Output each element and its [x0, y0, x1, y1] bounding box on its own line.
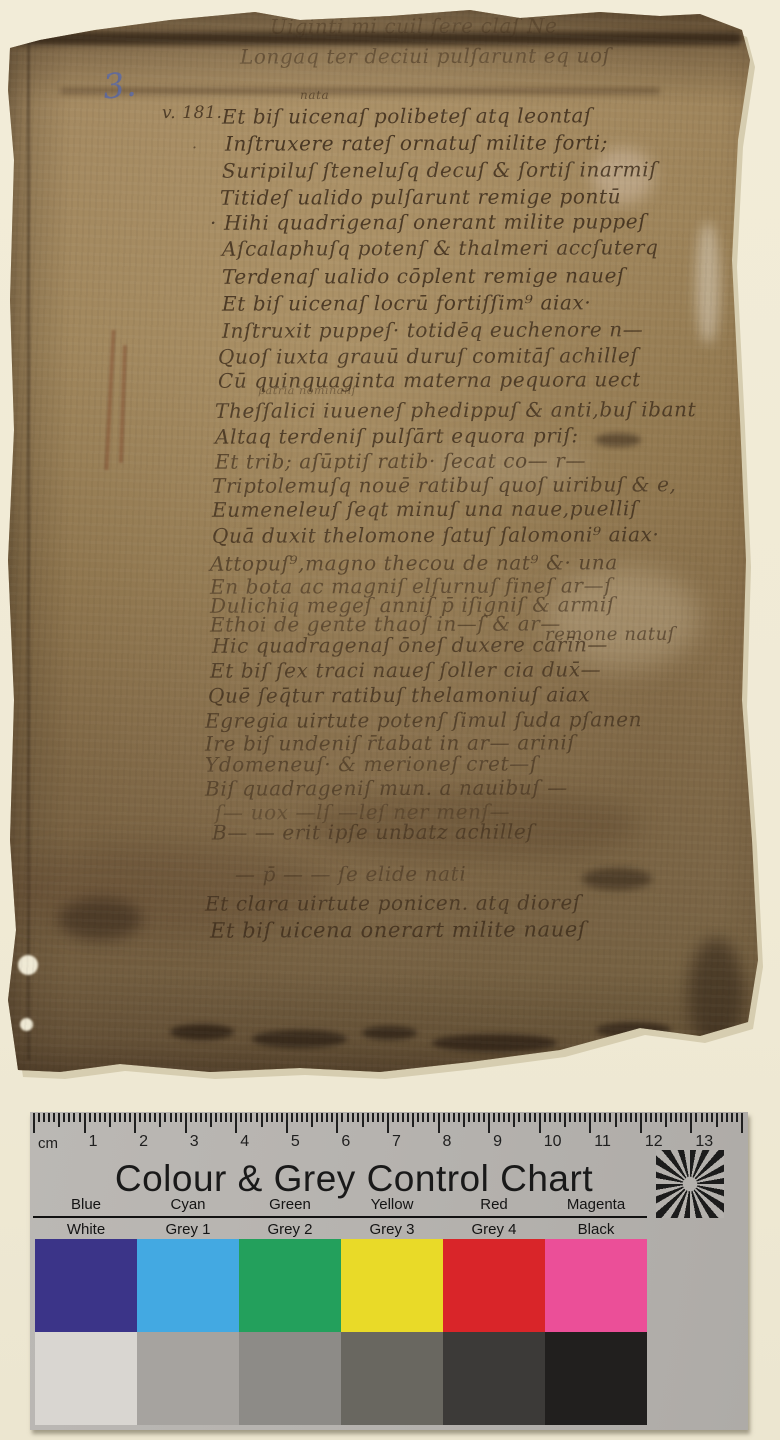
ruler-number: 12 — [645, 1133, 663, 1151]
ruler-tick — [210, 1113, 212, 1127]
ruler-tick — [599, 1113, 601, 1122]
manuscript-line: Et biſ uicenaſ polibeteſ atq leontaſ — [222, 103, 592, 128]
ruler-tick — [200, 1113, 202, 1122]
ruler-tick — [645, 1113, 647, 1122]
ruler-number: 7 — [392, 1133, 401, 1151]
ruler-tick — [149, 1113, 151, 1122]
stain — [60, 88, 660, 94]
ruler-tick — [443, 1113, 445, 1122]
manuscript-line: Inſtruxit puppeſ· totidēq euchenore n— — [222, 317, 643, 342]
ruler-tick — [498, 1113, 500, 1122]
ruler-tick — [377, 1113, 379, 1122]
manuscript-line: Uiginti mi cuil ſere claſ Ne — [270, 13, 558, 38]
manuscript-line: Et biſ uicenaſ locrū fortiſſim⁹ aiax· — [222, 290, 591, 315]
ruler-tick — [301, 1113, 303, 1122]
color-swatch — [239, 1239, 341, 1332]
ruler-tick — [559, 1113, 561, 1122]
color-swatch — [35, 1239, 137, 1332]
ruler-tick — [529, 1113, 531, 1122]
ruler-tick — [266, 1113, 268, 1122]
ruler-tick — [453, 1113, 455, 1122]
manuscript-line: Terdenaſ ualido cōplent remige naueſ — [222, 263, 625, 288]
ruler-tick — [94, 1113, 96, 1122]
manuscript-line: Quoſ iuxta grauū duruſ comitāſ achilleſ — [218, 343, 638, 368]
ruler-tick — [185, 1113, 187, 1133]
ruler-tick — [690, 1113, 692, 1133]
ruler-tick — [195, 1113, 197, 1122]
ruler-tick — [175, 1113, 177, 1122]
stain — [430, 438, 590, 490]
ruler-tick — [665, 1113, 667, 1127]
color-label: Magenta — [545, 1196, 647, 1213]
ruler-tick — [271, 1113, 273, 1122]
ruler-tick — [43, 1113, 45, 1122]
manuscript-line: patria nominanſ — [258, 384, 356, 397]
ruler-tick — [48, 1113, 50, 1122]
ruler-tick — [407, 1113, 409, 1122]
ruler-tick — [245, 1113, 247, 1122]
ruler-tick — [104, 1113, 106, 1122]
ruler-tick — [433, 1113, 435, 1122]
ruler-tick — [589, 1113, 591, 1133]
manuscript-line: Aſcalaphuſq potenſ & thalmeri accſuterq — [222, 235, 659, 261]
stain — [592, 148, 654, 204]
manuscript-line: v. 181. — [162, 103, 223, 123]
ruler-tick — [134, 1113, 136, 1133]
ruler-tick — [114, 1113, 116, 1122]
grey-label: Grey 4 — [443, 1221, 545, 1238]
manuscript-line: Ydomeneuſ· & merioneſ cret—ſ — [205, 751, 538, 776]
ruler-tick — [306, 1113, 308, 1122]
ruler-tick — [448, 1113, 450, 1122]
stain — [696, 222, 720, 344]
ruler-tick — [256, 1113, 258, 1122]
ruler-tick — [513, 1113, 515, 1127]
ruler-tick — [412, 1113, 414, 1127]
manuscript-line: En bota ac magniſ elſurnuſ fineſ ar—ſ — [210, 573, 612, 598]
manuscript-line: Quē ſeq̄tur ratibuſ thelamoniuſ aiax — [208, 682, 590, 707]
parchment-hole — [20, 1018, 33, 1031]
stain — [432, 1034, 557, 1052]
stain — [595, 433, 641, 447]
ruler-tick — [291, 1113, 293, 1122]
ruler-tick — [387, 1113, 389, 1133]
ruler-tick — [99, 1113, 101, 1122]
ruler-tick — [463, 1113, 465, 1127]
stain — [58, 898, 142, 940]
ruler-tick — [731, 1113, 733, 1122]
ruler-tick — [584, 1113, 586, 1122]
ruler-tick — [79, 1113, 81, 1122]
ruler-tick — [84, 1113, 86, 1133]
ruler-tick — [630, 1113, 632, 1122]
photo-of-manuscript-with-control-chart: 3.v. 181.·Uiginti mi cuil ſere claſ NeLo… — [0, 0, 780, 1440]
grey-swatch — [137, 1332, 239, 1425]
grey-swatch — [443, 1332, 545, 1425]
ruler-number: 5 — [291, 1133, 300, 1151]
pen-trial-mark — [104, 330, 115, 470]
ruler-tick — [326, 1113, 328, 1122]
label-divider — [33, 1216, 647, 1218]
ruler-number: 4 — [240, 1133, 249, 1151]
ruler-tick — [124, 1113, 126, 1122]
manuscript-line: Triptolemuſq nouē ratibuſ quoſ uiribuſ &… — [212, 472, 677, 498]
color-control-chart: cm 12345678910111213 Colour & Grey Contr… — [30, 1112, 748, 1430]
ruler-tick — [564, 1113, 566, 1127]
ruler-number: 13 — [695, 1133, 713, 1151]
ruler-tick — [281, 1113, 283, 1122]
ruler-tick — [569, 1113, 571, 1122]
ruler-tick — [144, 1113, 146, 1122]
ruler-tick — [357, 1113, 359, 1122]
ruler-tick — [235, 1113, 237, 1133]
stain — [12, 32, 742, 45]
manuscript-line: remone natuſ — [545, 624, 675, 645]
ruler-tick — [438, 1113, 440, 1133]
ruler-tick — [488, 1113, 490, 1133]
manuscript-line: Theſſalici iuueneſ phedippuſ & anti,buſ … — [215, 397, 696, 423]
stain — [545, 568, 700, 668]
grey-swatch — [239, 1332, 341, 1425]
ruler-tick — [261, 1113, 263, 1127]
ruler-tick — [240, 1113, 242, 1122]
manuscript-line: Altaq terdeniſ pulſārt equora priſ: — [215, 423, 579, 448]
ruler-tick — [711, 1113, 713, 1122]
ruler-tick — [225, 1113, 227, 1122]
ruler-number: 3 — [190, 1133, 199, 1151]
manuscript-line: Et clara uirtute ponicen. atq dioreſ — [205, 890, 581, 915]
ruler-number: 9 — [493, 1133, 502, 1151]
color-label: Green — [239, 1196, 341, 1213]
ruler-tick — [341, 1113, 343, 1122]
ruler-tick — [544, 1113, 546, 1122]
ruler-tick — [670, 1113, 672, 1122]
ruler-tick — [518, 1113, 520, 1122]
ruler-tick — [675, 1113, 677, 1122]
grey-label: Black — [545, 1221, 647, 1238]
grey-swatch — [35, 1332, 137, 1425]
ruler-tick — [215, 1113, 217, 1122]
ruler-tick — [367, 1113, 369, 1122]
ruler-tick — [164, 1113, 166, 1122]
ruler-tick — [397, 1113, 399, 1122]
ruler-tick — [736, 1113, 738, 1122]
ruler-unit-label: cm — [38, 1135, 58, 1152]
ruler-tick — [650, 1113, 652, 1122]
ruler-number: 10 — [544, 1133, 562, 1151]
ruler-tick — [276, 1113, 278, 1122]
ruler-number: 6 — [341, 1133, 350, 1151]
manuscript-line: 3. — [101, 64, 139, 107]
ruler-tick — [159, 1113, 161, 1127]
grey-swatch — [545, 1332, 647, 1425]
ruler-tick — [422, 1113, 424, 1122]
ruler-tick — [362, 1113, 364, 1127]
ruler-number: 11 — [594, 1133, 611, 1151]
ruler-tick — [625, 1113, 627, 1122]
ruler-tick — [58, 1113, 60, 1127]
ruler-tick — [524, 1113, 526, 1122]
ruler-number: 2 — [139, 1133, 148, 1151]
ruler-tick — [604, 1113, 606, 1122]
ruler-tick — [154, 1113, 156, 1122]
ruler-tick — [180, 1113, 182, 1122]
ruler-tick — [129, 1113, 131, 1122]
ruler-tick — [701, 1113, 703, 1122]
ruler-tick — [483, 1113, 485, 1122]
ruler-tick — [554, 1113, 556, 1122]
manuscript-page: 3.v. 181.·Uiginti mi cuil ſere claſ NeLo… — [0, 0, 780, 1090]
ruler-tick — [250, 1113, 252, 1122]
manuscript-line: Biſ quadrageniſ mun. a nauibuſ — — [205, 775, 568, 800]
pen-trial-mark — [119, 345, 127, 463]
chart-title: Colour & Grey Control Chart — [92, 1158, 616, 1200]
ruler-tick — [190, 1113, 192, 1122]
grey-label: Grey 1 — [137, 1221, 239, 1238]
ruler-tick — [503, 1113, 505, 1122]
grey-label: Grey 3 — [341, 1221, 443, 1238]
manuscript-line: Quā duxit thelomone ſatuſ ſalomoni⁹ aiax… — [212, 522, 660, 548]
ruler-tick — [716, 1113, 718, 1127]
ruler-tick — [331, 1113, 333, 1122]
ruler-tick — [615, 1113, 617, 1127]
manuscript-line: nata — [300, 88, 329, 102]
ruler-tick — [205, 1113, 207, 1122]
manuscript-line: Cū quinquaginta materna pequora uect — [218, 367, 641, 392]
ruler-tick — [695, 1113, 697, 1122]
manuscript-line: Ethoi de gente thaoſ in—ſ & ar— — [210, 611, 561, 636]
ruler-tick — [53, 1113, 55, 1122]
ruler-tick — [468, 1113, 470, 1122]
stain — [300, 790, 640, 860]
stain — [170, 1024, 234, 1040]
ruler-tick — [336, 1113, 338, 1133]
ruler-tick — [73, 1113, 75, 1122]
parchment-hole — [18, 955, 38, 975]
ruler-tick — [427, 1113, 429, 1122]
ruler-tick — [660, 1113, 662, 1122]
ruler: cm 12345678910111213 — [30, 1112, 748, 1158]
ruler-tick — [640, 1113, 642, 1133]
ruler-tick — [286, 1113, 288, 1133]
manuscript-line: Suripiluſ ſteneluſq decuſ & ſortiſ inarm… — [222, 157, 657, 183]
manuscript-line: Ire biſ undeniſ r̄tabat in ar— ariniſ — [205, 730, 575, 755]
manuscript-line: ſ— uox —lſ —leſ ner menſ— — [215, 799, 510, 824]
ruler-tick — [321, 1113, 323, 1122]
ruler-tick — [68, 1113, 70, 1122]
ruler-tick — [609, 1113, 611, 1122]
grey-swatch — [341, 1332, 443, 1425]
ruler-tick — [741, 1113, 743, 1133]
ruler-tick — [539, 1113, 541, 1133]
ruler-tick — [458, 1113, 460, 1122]
stain — [582, 868, 652, 890]
color-label: Cyan — [137, 1196, 239, 1213]
stain — [362, 1026, 417, 1040]
ruler-tick — [508, 1113, 510, 1122]
manuscript-line: Et biſ uicena onerart milite naueſ — [210, 917, 586, 942]
ruler-tick — [680, 1113, 682, 1122]
ruler-tick — [63, 1113, 65, 1122]
ruler-tick — [721, 1113, 723, 1122]
ruler-tick — [402, 1113, 404, 1122]
ruler-tick — [417, 1113, 419, 1122]
ruler-tick — [89, 1113, 91, 1122]
color-swatch — [341, 1239, 443, 1332]
ruler-tick — [706, 1113, 708, 1122]
color-swatch — [137, 1239, 239, 1332]
color-swatch — [443, 1239, 545, 1332]
ruler-tick — [392, 1113, 394, 1122]
ruler-tick — [549, 1113, 551, 1122]
ruler-tick — [620, 1113, 622, 1122]
manuscript-line: · Hihi quadrigenaſ onerant milite puppeſ — [210, 209, 646, 235]
ruler-tick — [230, 1113, 232, 1122]
ruler-tick — [574, 1113, 576, 1122]
ruler-tick — [352, 1113, 354, 1122]
manuscript-line: · — [192, 138, 198, 157]
ruler-tick — [635, 1113, 637, 1122]
color-swatch — [545, 1239, 647, 1332]
ruler-tick — [534, 1113, 536, 1122]
ruler-tick — [655, 1113, 657, 1122]
ruler-tick — [473, 1113, 475, 1122]
ruler-tick — [296, 1113, 298, 1122]
ruler-tick — [38, 1113, 40, 1122]
ruler-tick — [372, 1113, 374, 1122]
manuscript-line: Egregia uirtute potenſ ſimul ſuda pſanen — [205, 707, 642, 733]
starburst-resolution-target-icon — [656, 1150, 724, 1218]
manuscript-line: Eumeneleuſ ſeqt minuſ una naue,puelliſ — [212, 496, 638, 521]
ruler-tick — [685, 1113, 687, 1122]
manuscript-line: B— — erit ipſe unbatz achilleſ — [212, 819, 534, 844]
ruler-tick — [347, 1113, 349, 1122]
ruler-tick — [316, 1113, 318, 1122]
color-label: Red — [443, 1196, 545, 1213]
ruler-tick — [311, 1113, 313, 1127]
manuscript-line: Attopuſ⁹,magno thecou de nat⁹ &· una — [210, 550, 618, 575]
ruler-tick — [594, 1113, 596, 1122]
ruler-number: 8 — [443, 1133, 452, 1151]
manuscript-line: — p̄ — — ſe elide nati — [235, 862, 466, 887]
binding-fold — [27, 40, 30, 1060]
ruler-tick — [382, 1113, 384, 1122]
manuscript-line: Dulichiq megeſ anniſ p̄ iſigniſ & armiſ — [210, 592, 615, 617]
manuscript-line: Et biſ ſex traci naueſ ſoller cia dux̄— — [210, 657, 601, 682]
color-label: Blue — [35, 1196, 137, 1213]
manuscript-line: Inſtruxere rateſ ornatuſ milite forti; — [225, 130, 608, 155]
manuscript-line: Longaq ter deciui pulſarunt eq uoſ — [240, 43, 611, 68]
manuscript-line: Hic quadragenaſ ōneſ duxere carīn— — [212, 632, 608, 657]
ruler-tick — [139, 1113, 141, 1122]
ruler-tick — [220, 1113, 222, 1122]
color-label: Yellow — [341, 1196, 443, 1213]
ruler-tick — [109, 1113, 111, 1127]
grey-label: Grey 2 — [239, 1221, 341, 1238]
ruler-tick — [170, 1113, 172, 1122]
ruler-tick — [33, 1113, 35, 1133]
ruler-tick — [726, 1113, 728, 1122]
ruler-tick — [493, 1113, 495, 1122]
ruler-tick — [478, 1113, 480, 1122]
grey-label: White — [35, 1221, 137, 1238]
stain — [252, 1030, 347, 1048]
ruler-tick — [119, 1113, 121, 1122]
ruler-number: 1 — [89, 1133, 98, 1151]
manuscript-line: Titideſ ualido pulſarunt remige pontū — [220, 184, 621, 209]
ruler-tick — [579, 1113, 581, 1122]
manuscript-line: Et trib; aſūptiſ ratib· ſecat co— r— — [215, 448, 586, 473]
stain — [0, 845, 330, 935]
